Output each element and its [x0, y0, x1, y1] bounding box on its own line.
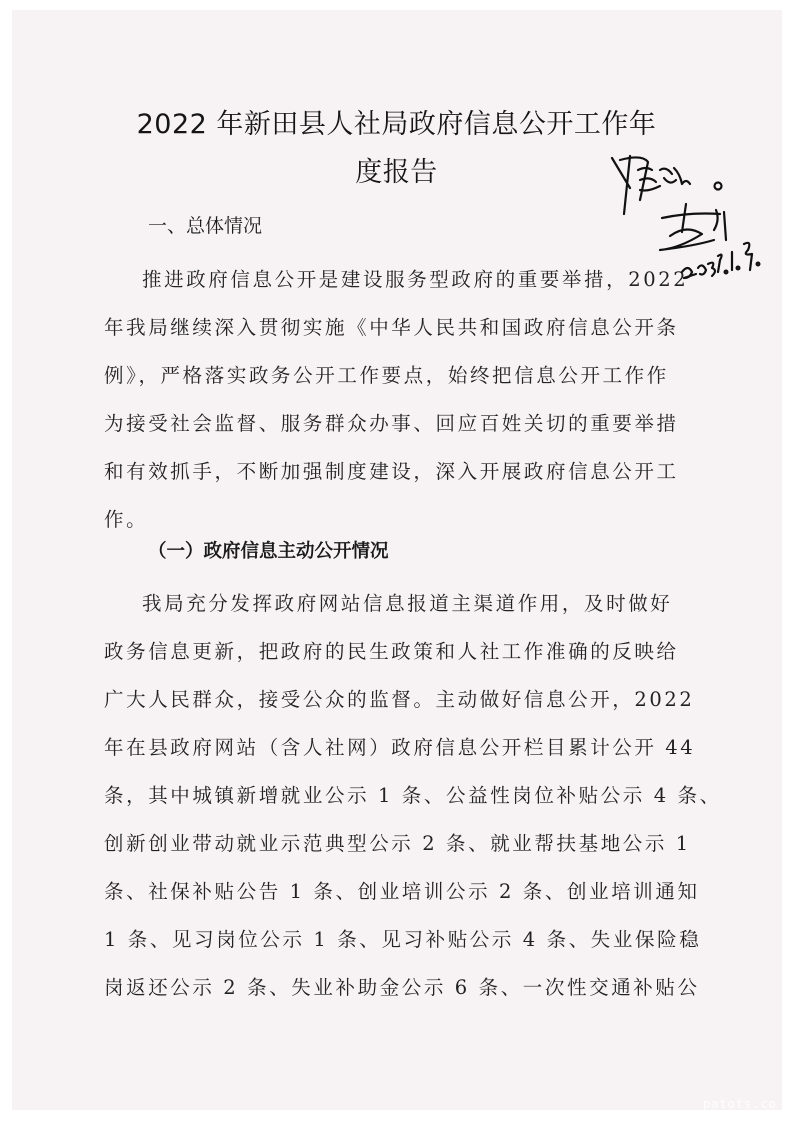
document-title-line-1: 2022 年新田县人社局政府信息公开工作年: [100, 108, 693, 142]
paragraph-1-line: 年我局继续深入贯彻实施《中华人民共和国政府信息公开条: [104, 314, 679, 342]
paragraph-1-line: 作。: [104, 506, 148, 534]
handwritten-signature-icon: [590, 140, 790, 290]
paragraph-2-line: 我局充分发挥政府网站信息报道主渠道作用，及时做好: [142, 590, 672, 618]
paragraph-2-line: 政务信息更新，把政府的民生政策和人社工作准确的反映给: [104, 638, 679, 666]
paragraph-2-line: 创新创业带动就业示范典型公示 2 条、就业帮扶基地公示 1: [104, 830, 691, 858]
paragraph-2-line: 条、社保补贴公告 1 条、创业培训公示 2 条、创业培训通知: [104, 878, 700, 906]
paragraph-1-line: 为接受社会监督、服务群众办事、回应百姓关切的重要举措: [104, 410, 679, 438]
section-heading-overview: 一、总体情况: [148, 212, 262, 240]
paragraph-1-line: 和有效抓手，不断加强制度建设，深入开展政府信息公开工: [104, 458, 679, 486]
paragraph-2-line: 广大人民群众，接受公众的监督。主动做好信息公开，2022: [104, 686, 694, 714]
paragraph-2-line: 条，其中城镇新增就业公示 1 条、公益性岗位补贴公示 4 条、: [104, 782, 722, 810]
document-page: 2022 年新田县人社局政府信息公开工作年 度报告 一、总体情况 推进政府信息公…: [0, 0, 793, 1121]
subsection-heading-proactive-disclosure: （一）政府信息主动公开情况: [148, 538, 389, 566]
paragraph-2-line: 岗返还公示 2 条、失业补助金公示 6 条、一次性交通补贴公: [104, 974, 700, 1002]
watermark-text: patots.co: [703, 1097, 777, 1111]
paragraph-2-line: 年在县政府网站（含人社网）政府信息公开栏目累计公开 44: [104, 734, 695, 762]
paragraph-1-line: 例》，严格落实政务公开工作要点，始终把信息公开工作作: [104, 362, 669, 390]
paragraph-2-line: 1 条、见习岗位公示 1 条、见习补贴公示 4 条、失业保险稳: [104, 926, 701, 954]
